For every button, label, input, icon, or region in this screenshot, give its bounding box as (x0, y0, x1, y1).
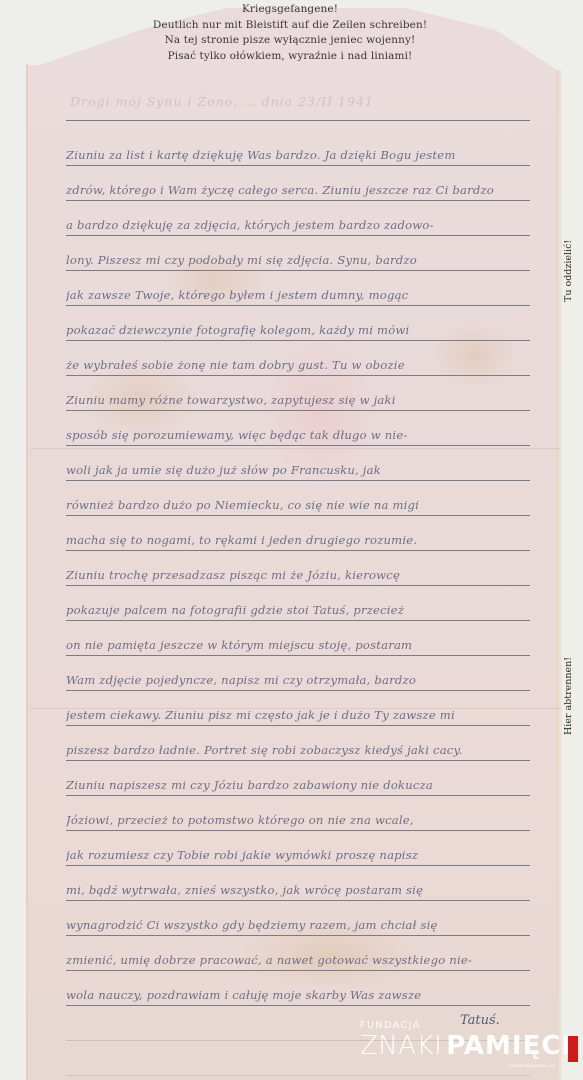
ruled-line (66, 235, 530, 236)
ruled-line (66, 900, 530, 901)
watermark-logo-text: ZNAKIPAMIĘCI (360, 1031, 572, 1061)
ruled-line (66, 410, 530, 411)
ruled-line (66, 970, 530, 971)
handwritten-line: zdrów, którego i Wam życzę całego serca.… (66, 179, 548, 201)
ruled-line (66, 725, 530, 726)
tear-label-german: Hier abtrennen! (563, 657, 574, 735)
ruled-line (66, 305, 530, 306)
ruled-line (66, 375, 530, 376)
handwritten-line: macha się to nogami, to rękami i jeden d… (66, 529, 548, 551)
faded-salutation: Drogi mój Synu i Żono, … dnia 23/II 1941 (70, 94, 480, 114)
handwritten-line: on nie pamięta jeszcze w którym miejscu … (66, 634, 548, 656)
handwritten-line: wola nauczy, pozdrawiam i całuję moje sk… (66, 984, 548, 1006)
ruled-line (66, 120, 530, 121)
handwritten-line: zmienić, umię dobrze pracować, a nawet g… (66, 949, 548, 971)
handwritten-line: jak rozumiesz czy Tobie robi jakie wymów… (66, 844, 548, 866)
handwritten-line: piszesz bardzo ładnie. Portret się robi … (66, 739, 548, 761)
handwritten-line: woli jak ja umie się dużo już słów po Fr… (66, 459, 548, 481)
header-line: Na tej stronie pisze wyłącznie jeniec wo… (120, 33, 460, 49)
handwritten-line: Ziuniu napiszesz mi czy Józiu bardzo zab… (66, 774, 548, 796)
tear-label-polish: Tu oddzielić! (563, 240, 574, 302)
scanned-document: Kriegsgefangene! Deutlich nur mit Bleist… (0, 0, 583, 1080)
ruled-line (66, 445, 530, 446)
ruled-line (66, 620, 530, 621)
ruled-line (66, 270, 530, 271)
ruled-line (66, 795, 530, 796)
ruled-line (66, 935, 530, 936)
ruled-line (66, 830, 530, 831)
ruled-line (66, 1005, 530, 1006)
watermark-small-text: FUNDACJA (360, 1020, 421, 1031)
handwritten-line: również bardzo dużo po Niemiecku, co się… (66, 494, 548, 516)
handwritten-line: pokazuje palcem na fotografii gdzie stoi… (66, 599, 548, 621)
header-line: Deutlich nur mit Bleistift auf die Zeile… (120, 18, 460, 34)
ruled-line (66, 340, 530, 341)
handwritten-line: Ziuniu za list i kartę dziękuję Was bard… (66, 144, 548, 166)
ruled-line (66, 165, 530, 166)
handwritten-line: mi, bądź wytrwała, znieś wszystko, jak w… (66, 879, 548, 901)
ruled-line (66, 690, 530, 691)
handwritten-line: jestem ciekawy. Ziuniu pisz mi często ja… (66, 704, 548, 726)
handwritten-line: a bardzo dziękuję za zdjęcia, których je… (66, 214, 548, 236)
handwritten-line: że wybrałeś sobie żonę nie tam dobry gus… (66, 354, 548, 376)
ruled-line (66, 480, 530, 481)
ruled-line (66, 515, 530, 516)
watermark-url: www.znakipamieci.pl (508, 1064, 555, 1069)
ruled-line (66, 655, 530, 656)
ruled-line (66, 550, 530, 551)
handwritten-line: pokazać dziewczynie fotografię kolegom, … (66, 319, 548, 341)
handwritten-line: wynagrodzić Ci wszystko gdy będziemy raz… (66, 914, 548, 936)
header-line: Pisać tylko ołówkiem, wyraźnie i nad lin… (120, 49, 460, 65)
ruled-line (66, 585, 530, 586)
watermark-bold-word: PAMIĘCI (446, 1031, 572, 1061)
handwritten-line: jak zawsze Twoje, którego byłem i jestem… (66, 284, 548, 306)
handwritten-line: lony. Piszesz mi czy podobały mi się zdj… (66, 249, 548, 271)
ruled-line (66, 760, 530, 761)
ruled-line (66, 865, 530, 866)
handwritten-line: Ziuniu trochę przesadzasz pisząc mi że J… (66, 564, 548, 586)
sheet-left-edge (26, 64, 28, 1080)
form-header: Kriegsgefangene! Deutlich nur mit Bleist… (120, 2, 460, 64)
handwritten-line: Wam zdjęcie pojedyncze, napisz mi czy ot… (66, 669, 548, 691)
watermark-thin-word: ZNAKI (360, 1031, 442, 1061)
tear-off-strip (556, 70, 562, 1080)
handwritten-line: Józiowi, przecież to potomstwo którego o… (66, 809, 548, 831)
watermark-red-bar-icon (568, 1036, 578, 1062)
header-line: Kriegsgefangene! (120, 2, 460, 18)
foundation-watermark: FUNDACJA ZNAKIPAMIĘCI www.znakipamieci.p… (360, 1020, 583, 1080)
ruled-line (66, 200, 530, 201)
handwritten-line: Ziuniu mamy różne towarzystwo, zapytujes… (66, 389, 548, 411)
handwritten-line: sposób się porozumiewamy, więc będąc tak… (66, 424, 548, 446)
